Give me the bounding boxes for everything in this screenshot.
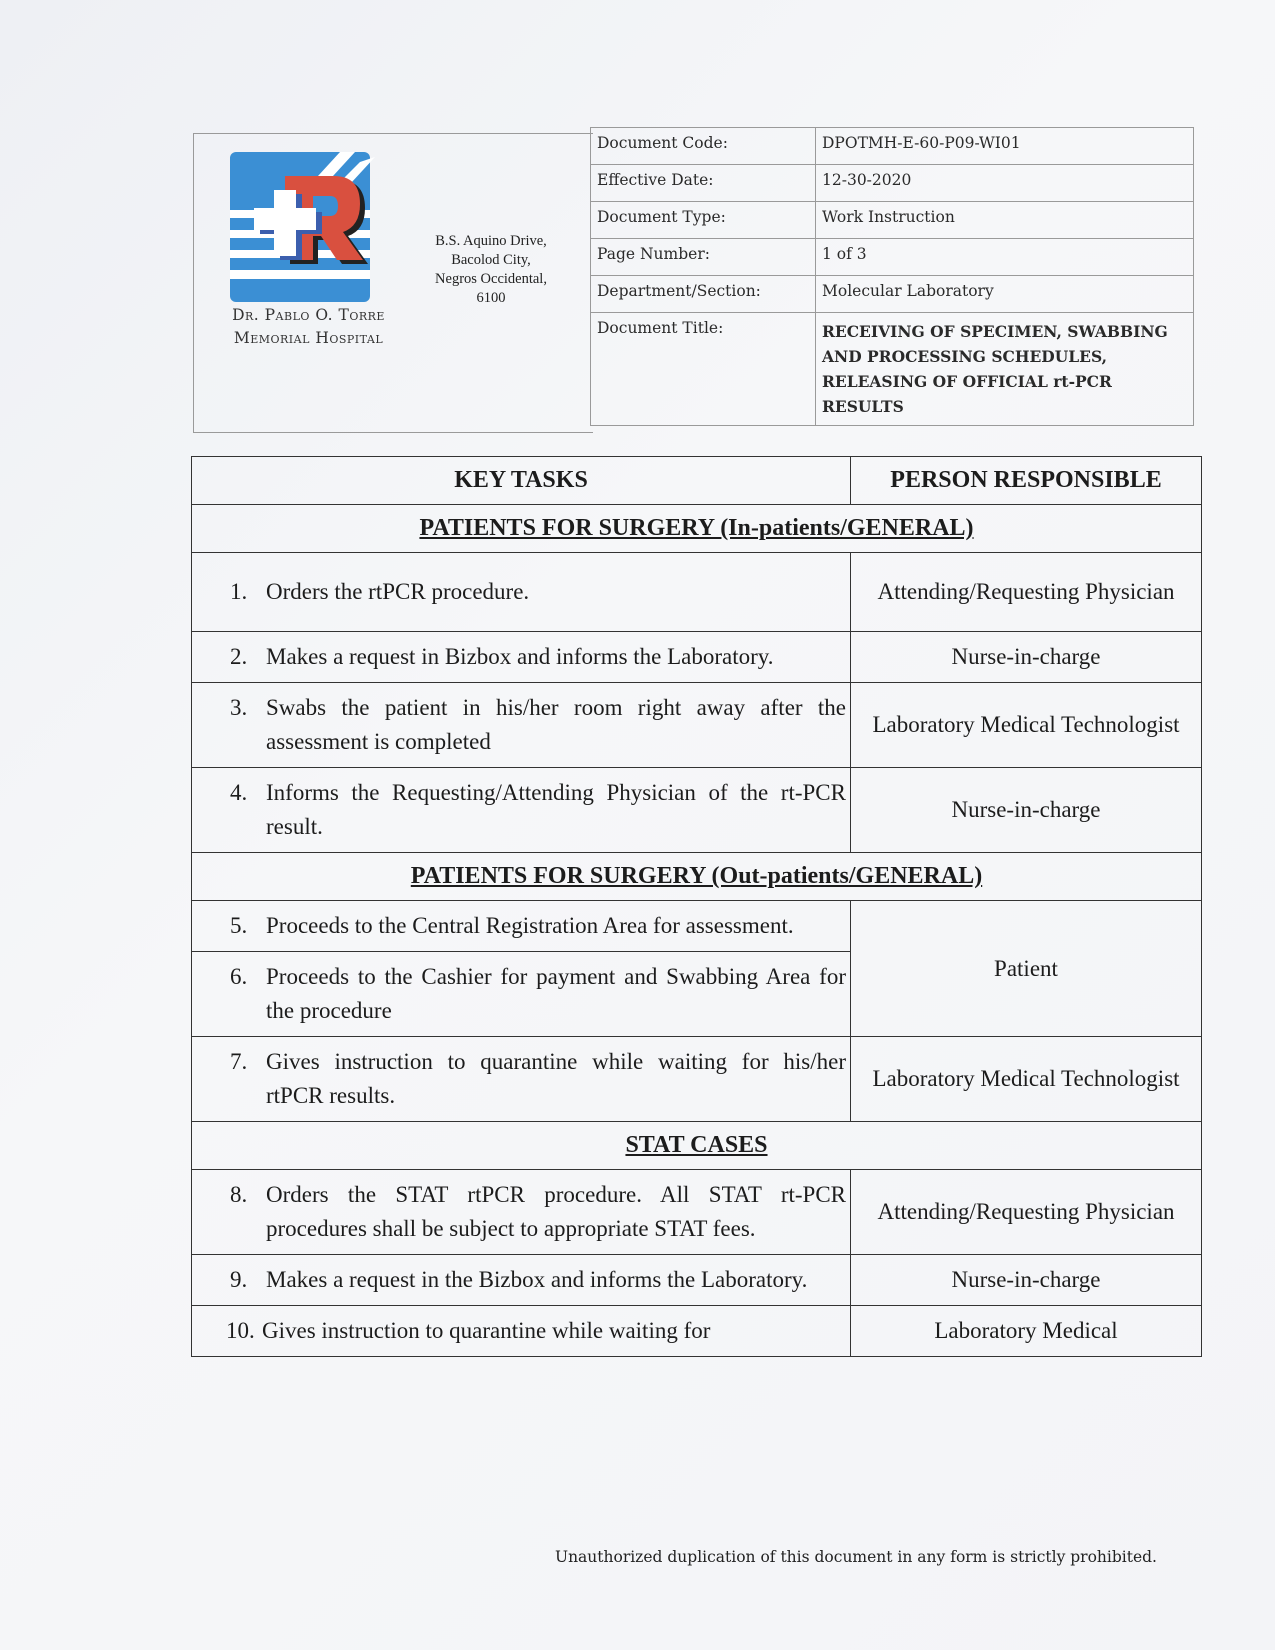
table-header-row: KEY TASKS PERSON RESPONSIBLE: [192, 457, 1202, 505]
table-row: 3.Swabs the patient in his/her room righ…: [192, 683, 1202, 768]
task-text: Gives instruction to quarantine while wa…: [266, 1045, 850, 1113]
hospital-name-line2: Memorial Hospital: [206, 327, 411, 350]
section-header-outpatients: PATIENTS FOR SURGERY (Out-patients/GENER…: [192, 853, 1202, 901]
hospital-address: B.S. Aquino Drive, Bacolod City, Negros …: [416, 232, 566, 308]
meta-row-effective-date: Effective Date: 12-30-2020: [591, 165, 1194, 202]
task-text: Proceeds to the Central Registration Are…: [266, 909, 850, 943]
meta-label: Page Number:: [591, 239, 816, 276]
column-header-person-responsible: PERSON RESPONSIBLE: [851, 457, 1202, 505]
meta-row-department: Department/Section: Molecular Laboratory: [591, 276, 1194, 313]
task-text: Makes a request in Bizbox and informs th…: [266, 640, 850, 674]
document-title: RECEIVING OF SPECIMEN, SWABBING AND PROC…: [816, 313, 1194, 426]
task-text: Orders the rtPCR procedure.: [266, 575, 850, 609]
table-row: 1.Orders the rtPCR procedure. Attending/…: [192, 553, 1202, 632]
task-text: Gives instruction to quarantine while wa…: [262, 1314, 850, 1348]
meta-value: 1 of 3: [816, 239, 1194, 276]
meta-label: Department/Section:: [591, 276, 816, 313]
section-title: STAT CASES: [625, 1132, 767, 1158]
task-text: Makes a request in the Bizbox and inform…: [266, 1263, 850, 1297]
duplication-notice: Unauthorized duplication of this documen…: [555, 1548, 1157, 1566]
task-number: 9.: [230, 1263, 266, 1297]
address-line: Bacolod City,: [416, 251, 566, 270]
section-title: PATIENTS FOR SURGERY (In-patients/GENERA…: [419, 515, 973, 541]
meta-label: Effective Date:: [591, 165, 816, 202]
meta-value: 12-30-2020: [816, 165, 1194, 202]
task-number: 4.: [230, 776, 266, 844]
task-text: Proceeds to the Cashier for payment and …: [266, 960, 850, 1028]
person-responsible: Patient: [851, 901, 1202, 1037]
task-number: 3.: [230, 691, 266, 759]
task-number: 7.: [230, 1045, 266, 1113]
key-tasks-table: KEY TASKS PERSON RESPONSIBLE PATIENTS FO…: [191, 456, 1202, 1357]
hospital-name-line1: Dr. Pablo O. Torre: [206, 304, 411, 327]
table-row: 7.Gives instruction to quarantine while …: [192, 1037, 1202, 1122]
person-responsible: Nurse-in-charge: [851, 632, 1202, 683]
meta-label: Document Code:: [591, 128, 816, 165]
person-responsible: Attending/Requesting Physician: [851, 1170, 1202, 1255]
section-header-inpatients: PATIENTS FOR SURGERY (In-patients/GENERA…: [192, 505, 1202, 553]
table-row: 10.Gives instruction to quarantine while…: [192, 1306, 1202, 1357]
task-number: 2.: [230, 640, 266, 674]
meta-row-page-number: Page Number: 1 of 3: [591, 239, 1194, 276]
person-responsible: Nurse-in-charge: [851, 1255, 1202, 1306]
meta-value: Work Instruction: [816, 202, 1194, 239]
person-responsible: Attending/Requesting Physician: [851, 553, 1202, 632]
address-line: B.S. Aquino Drive,: [416, 232, 566, 251]
task-number: 6.: [230, 960, 266, 1028]
table-row: 5.Proceeds to the Central Registration A…: [192, 901, 1202, 952]
meta-row-document-code: Document Code: DPOTMH-E-60-P09-WI01: [591, 128, 1194, 165]
table-row: 8.Orders the STAT rtPCR procedure. All S…: [192, 1170, 1202, 1255]
address-line: 6100: [416, 289, 566, 308]
hospital-name: Dr. Pablo O. Torre Memorial Hospital: [206, 304, 411, 350]
table-row: 4.Informs the Requesting/Attending Physi…: [192, 768, 1202, 853]
person-responsible: Laboratory Medical Technologist: [851, 1037, 1202, 1122]
task-number: 1.: [230, 575, 266, 609]
task-number: 5.: [230, 909, 266, 943]
task-text: Swabs the patient in his/her room right …: [266, 691, 850, 759]
task-text: Informs the Requesting/Attending Physici…: [266, 776, 850, 844]
section-header-stat-cases: STAT CASES: [192, 1122, 1202, 1170]
meta-label: Document Title:: [591, 313, 816, 426]
table-row: 9.Makes a request in the Bizbox and info…: [192, 1255, 1202, 1306]
section-title: PATIENTS FOR SURGERY (Out-patients/GENER…: [411, 863, 982, 889]
table-row: 2.Makes a request in Bizbox and informs …: [192, 632, 1202, 683]
meta-row-document-title: Document Title: RECEIVING OF SPECIMEN, S…: [591, 313, 1194, 426]
document-metadata-table: Document Code: DPOTMH-E-60-P09-WI01 Effe…: [590, 127, 1194, 426]
meta-row-document-type: Document Type: Work Instruction: [591, 202, 1194, 239]
task-number: 10.: [226, 1314, 262, 1348]
address-line: Negros Occidental,: [416, 270, 566, 289]
hospital-cross-r-logo-icon: [230, 152, 386, 302]
meta-label: Document Type:: [591, 202, 816, 239]
task-text: Orders the STAT rtPCR procedure. All STA…: [266, 1178, 850, 1246]
person-responsible: Laboratory Medical Technologist: [851, 683, 1202, 768]
document-header-logo-block: Dr. Pablo O. Torre Memorial Hospital B.S…: [193, 133, 593, 433]
person-responsible: Nurse-in-charge: [851, 768, 1202, 853]
meta-value: DPOTMH-E-60-P09-WI01: [816, 128, 1194, 165]
task-number: 8.: [230, 1178, 266, 1246]
meta-value: Molecular Laboratory: [816, 276, 1194, 313]
column-header-key-tasks: KEY TASKS: [192, 457, 851, 505]
person-responsible: Laboratory Medical: [851, 1306, 1202, 1357]
